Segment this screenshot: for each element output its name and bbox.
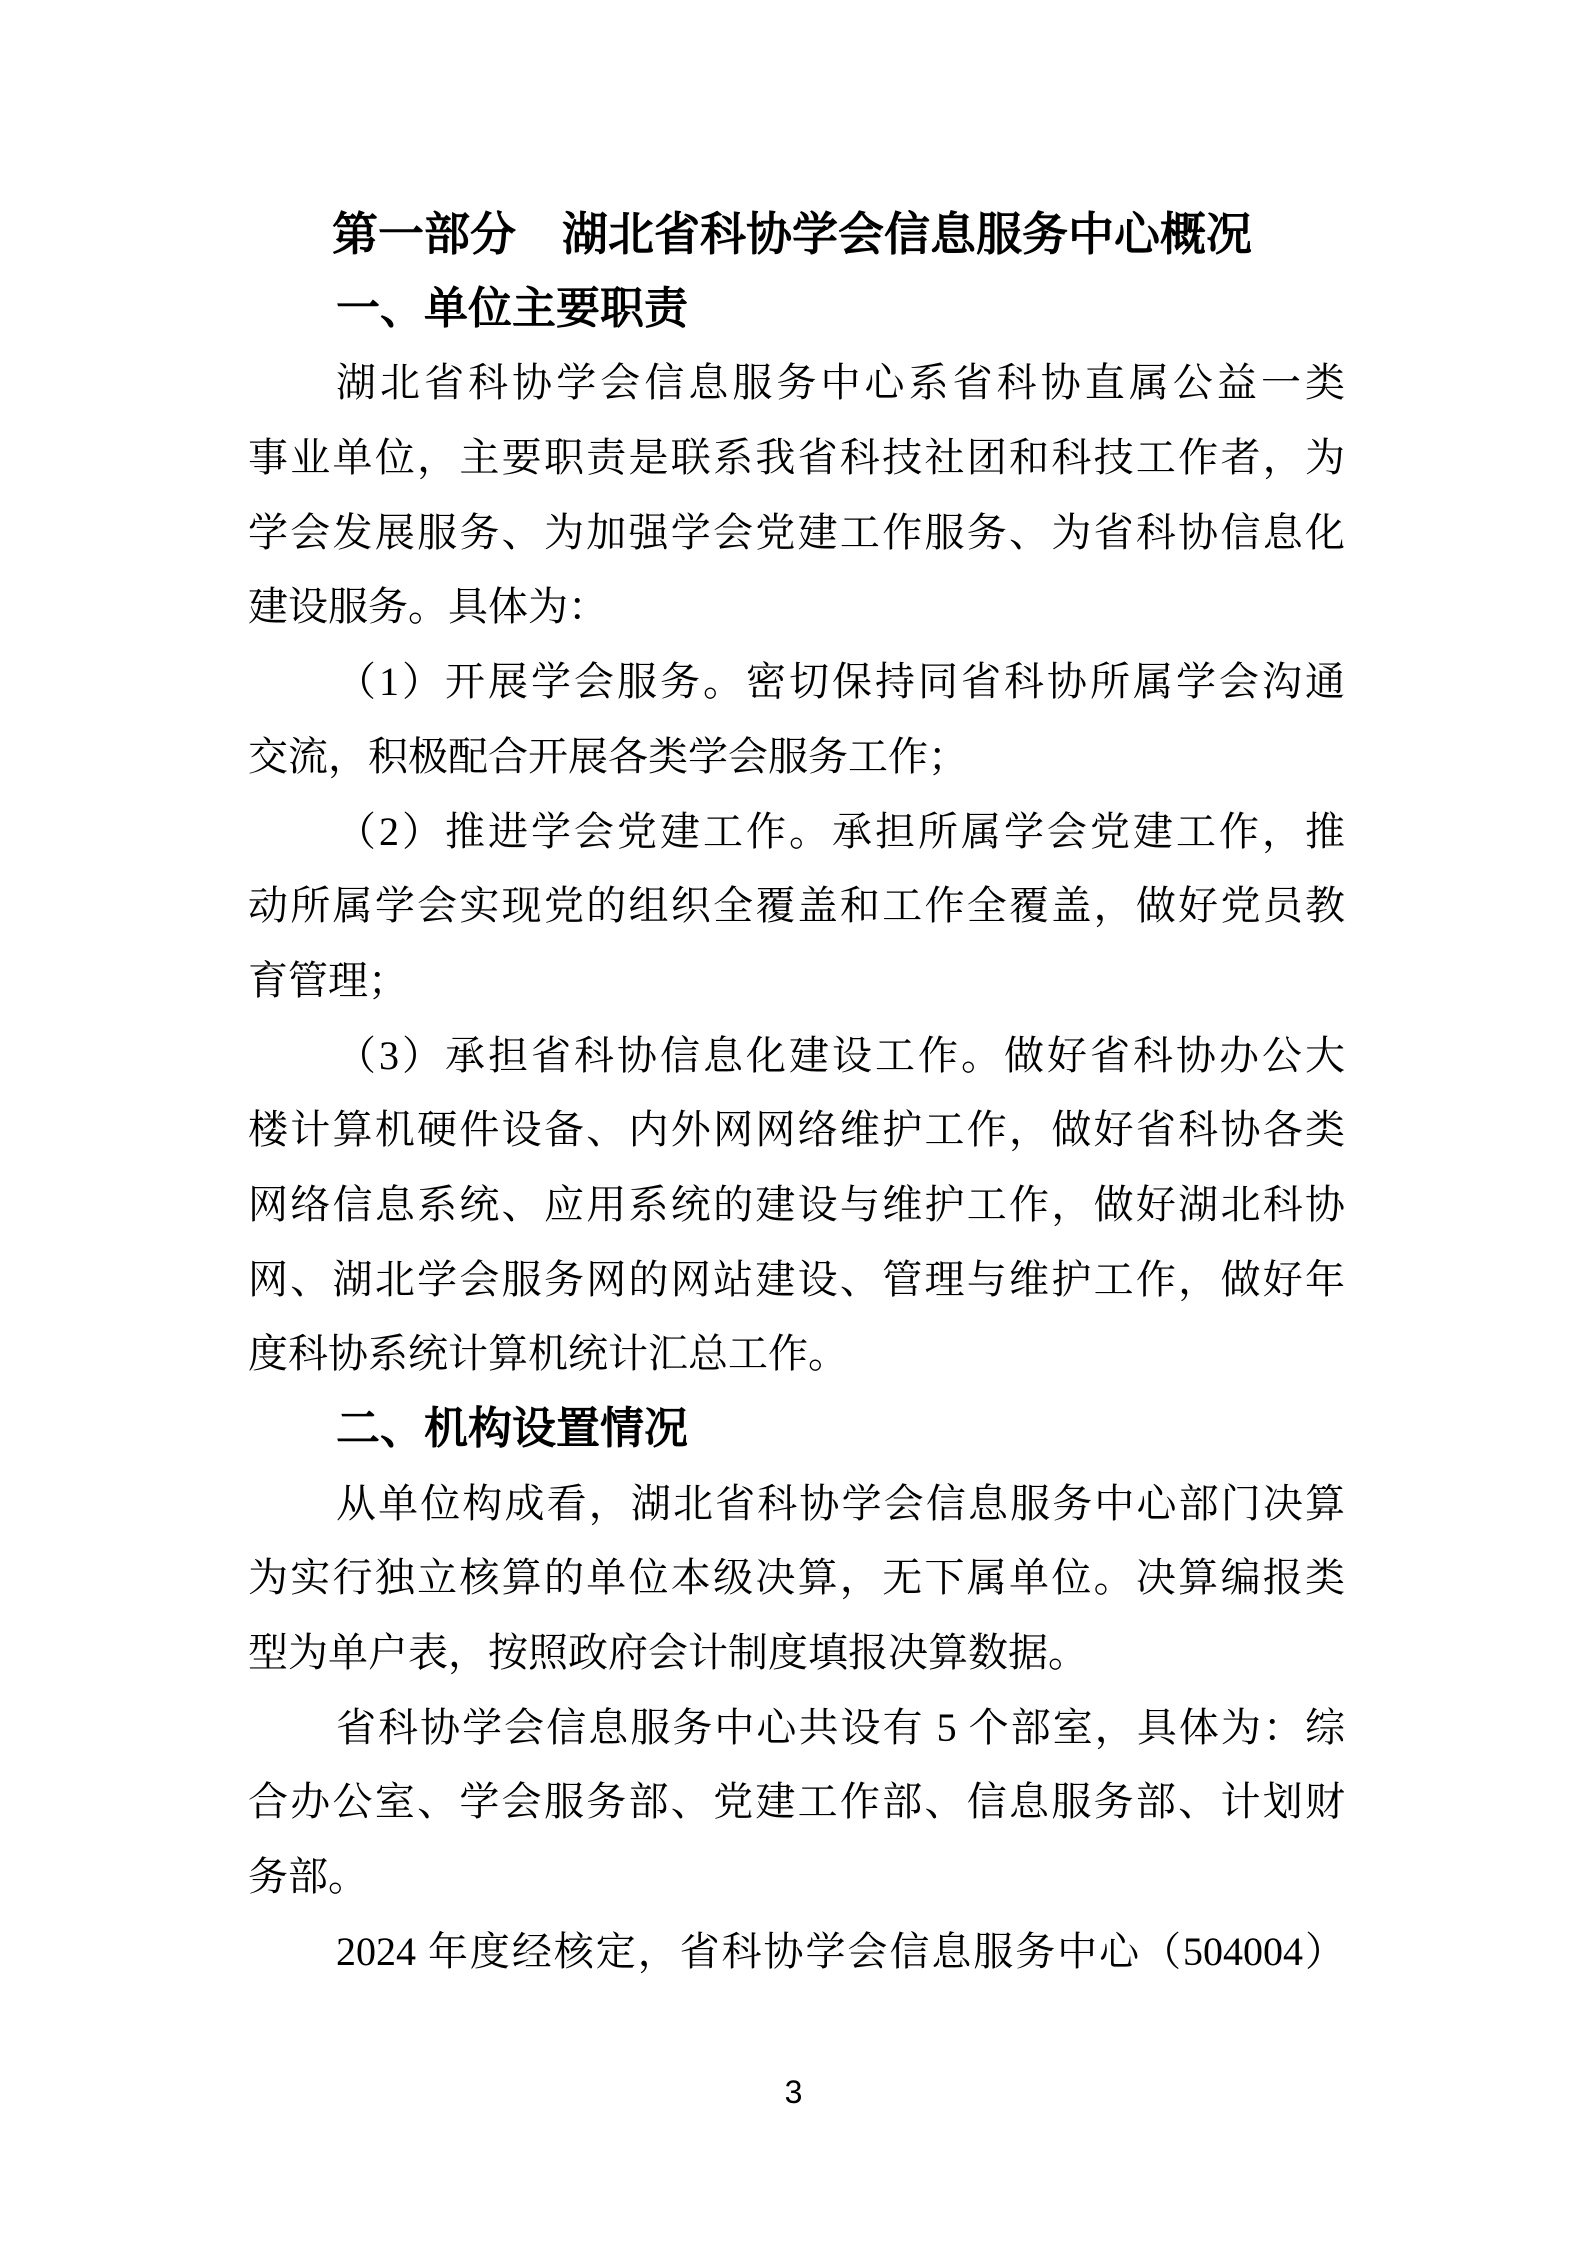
body-line: 型为单户表，按照政府会计制度填报决算数据。 (248, 1616, 1345, 1691)
body-line: 度科协系统计算机统计汇总工作。 (248, 1317, 1345, 1392)
body-line: 建设服务。具体为： (248, 570, 1345, 645)
section-heading: 一、单位主要职责 (248, 272, 1345, 347)
body-line: 交流，积极配合开展各类学会服务工作； (248, 720, 1345, 795)
body-line: 从单位构成看，湖北省科协学会信息服务中心部门决算 (248, 1467, 1345, 1542)
body-line: 务部。 (248, 1840, 1345, 1915)
body-line: 省科协学会信息服务中心共设有 5 个部室，具体为：综 (248, 1691, 1345, 1766)
body-line: （1）开展学会服务。密切保持同省科协所属学会沟通 (248, 645, 1345, 720)
body-line: （3）承担省科协信息化建设工作。做好省科协办公大 (248, 1019, 1345, 1094)
body-line: 育管理； (248, 944, 1345, 1019)
body-line: 动所属学会实现党的组织全覆盖和工作全覆盖，做好党员教 (248, 869, 1345, 944)
body-line: 合办公室、学会服务部、党建工作部、信息服务部、计划财 (248, 1765, 1345, 1840)
body-line: 2024 年度经核定，省科协学会信息服务中心（504004） (248, 1915, 1345, 1990)
body-line: 楼计算机硬件设备、内外网网络维护工作，做好省科协各类 (248, 1093, 1345, 1168)
body-line: 学会发展服务、为加强学会党建工作服务、为省科协信息化 (248, 496, 1345, 571)
body-line: 为实行独立核算的单位本级决算，无下属单位。决算编报类 (248, 1541, 1345, 1616)
body-line: 事业单位，主要职责是联系我省科技社团和科技工作者，为 (248, 421, 1345, 496)
body-line: 网络信息系统、应用系统的建设与维护工作，做好湖北科协 (248, 1168, 1345, 1243)
body-line: 网、湖北学会服务网的网站建设、管理与维护工作，做好年 (248, 1243, 1345, 1318)
document-page: 第一部分 湖北省科协学会信息服务中心概况一、单位主要职责湖北省科协学会信息服务中… (0, 0, 1587, 2245)
document-content: 第一部分 湖北省科协学会信息服务中心概况一、单位主要职责湖北省科协学会信息服务中… (248, 197, 1345, 1990)
page-number: 3 (0, 2072, 1587, 2112)
part-title: 第一部分 湖北省科协学会信息服务中心概况 (248, 197, 1345, 272)
body-line: 湖北省科协学会信息服务中心系省科协直属公益一类 (248, 346, 1345, 421)
body-line: （2）推进学会党建工作。承担所属学会党建工作，推 (248, 795, 1345, 870)
section-heading: 二、机构设置情况 (248, 1392, 1345, 1467)
